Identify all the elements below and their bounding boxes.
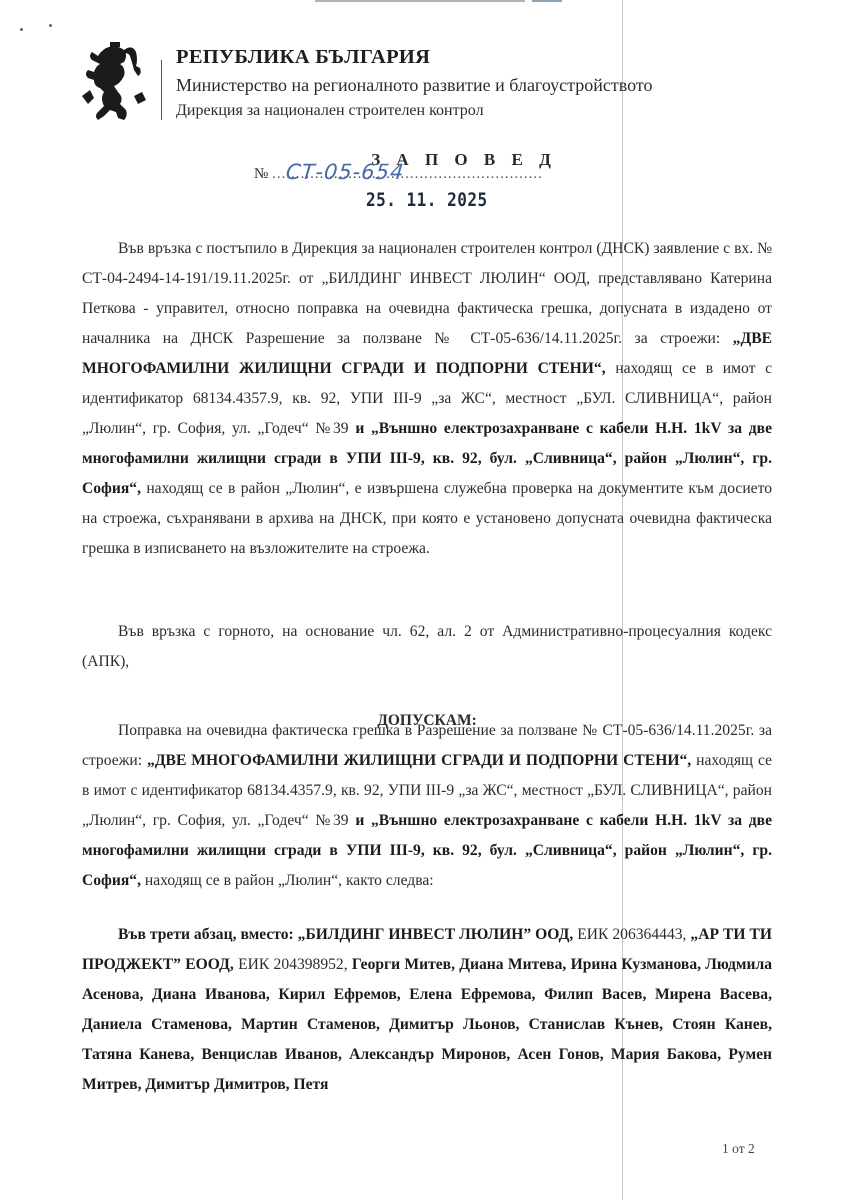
- bold-text: Георги Митев, Диана Митева, Ирина Кузман…: [82, 956, 772, 1093]
- text: Във връзка с горното, на основание чл. 6…: [82, 617, 772, 677]
- paragraph-replacement: Във трети абзац, вместо: „БИЛДИНГ ИНВЕСТ…: [82, 920, 772, 1100]
- letterhead: РЕПУБЛИКА БЪЛГАРИЯ Министерство на регио…: [80, 40, 740, 120]
- ministry-name: Министерство на регионалното развитие и …: [176, 75, 653, 96]
- stamped-date: 25. 11. 2025: [366, 189, 488, 211]
- bulgarian-lion-emblem-icon: [80, 40, 148, 124]
- bold-text: Във трети абзац, вместо: „БИЛДИНГ ИНВЕСТ…: [118, 926, 573, 943]
- paragraph-intro: Във връзка с постъпило в Дирекция за нац…: [82, 234, 772, 564]
- number-prefix: №: [254, 166, 268, 182]
- letterhead-divider: [161, 60, 162, 120]
- text: находящ се в район „Люлин“, както следва…: [141, 872, 434, 889]
- scan-artifact: [532, 0, 562, 2]
- page-number: 1 от 2: [722, 1141, 755, 1157]
- paragraph-legal-basis: Във връзка с горното, на основание чл. 6…: [82, 617, 772, 677]
- paragraph-correction: Поправка на очевидна фактическа грешка в…: [82, 716, 772, 896]
- scan-speck: [20, 28, 23, 31]
- scan-artifact: [315, 0, 525, 2]
- text: Във връзка с постъпило в Дирекция за нац…: [82, 240, 772, 347]
- directorate-name: Дирекция за национален строителен контро…: [176, 102, 653, 120]
- handwritten-order-number: СТ-05-654: [285, 160, 406, 184]
- scan-speck: [49, 24, 52, 27]
- country-name: РЕПУБЛИКА БЪЛГАРИЯ: [176, 46, 653, 69]
- text: ЕИК 206364443,: [573, 926, 690, 943]
- text: находящ се в район „Люлин“, е извършена …: [82, 480, 772, 557]
- text: ЕИК 204398952,: [234, 956, 352, 973]
- bold-text: „ДВЕ МНОГОФАМИЛНИ ЖИЛИЩНИ СГРАДИ И ПОДПО…: [147, 752, 691, 769]
